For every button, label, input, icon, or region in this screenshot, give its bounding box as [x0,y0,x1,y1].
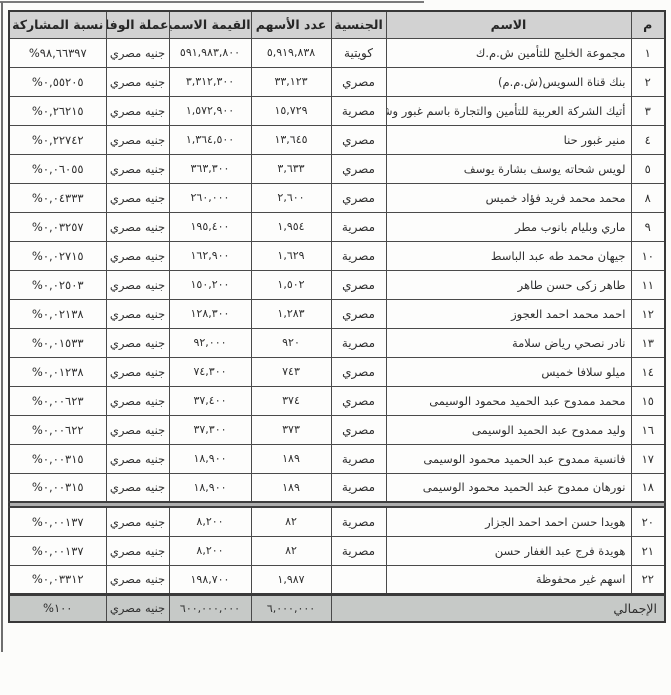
cell-currency: جنيه مصري [106,444,169,473]
cell-participation-pct: %٠,٠٠٦٢٢ [9,415,106,444]
cell-share-count: ٩٢٠ [251,328,331,357]
table-row: ١٧فانسية ممدوح عبد الحميد محمود الوسيمىم… [9,444,665,473]
cell-name: محمد محمد فريد فؤاد خميس [386,183,631,212]
cell-nominal-value: ١,٣٦٤,٥٠٠ [169,125,251,154]
cell-nationality: مصري [331,270,386,299]
cell-nationality: مصرية [331,473,386,502]
table-header-row: م الاسم الجنسية عدد الأسهم القيمة الاسمي… [9,11,665,38]
cell-nationality: مصرية [331,507,386,536]
cell-nationality: مصرية [331,444,386,473]
cell-currency: جنيه مصري [106,241,169,270]
cell-nationality: مصري [331,154,386,183]
cell-serial: ٩ [631,212,665,241]
cell-serial: ١١ [631,270,665,299]
cell-currency: جنيه مصري [106,183,169,212]
cell-currency: جنيه مصري [106,565,169,594]
cell-nationality: مصري [331,415,386,444]
cell-serial: ٥ [631,154,665,183]
cell-participation-pct: %٠,٠٤٣٣٣ [9,183,106,212]
cell-currency: جنيه مصري [106,67,169,96]
cell-nationality: مصري [331,125,386,154]
cell-name: محمد ممدوح عبد الحميد محمود الوسيمى [386,386,631,415]
cell-name: ماري وبليام بانوب مطر [386,212,631,241]
cell-share-count: ١,٩٨٧ [251,565,331,594]
table-row: ١٢احمد محمد احمد العجوزمصري١,٢٨٣١٢٨,٣٠٠ج… [9,299,665,328]
cell-share-count: ١,٦٢٩ [251,241,331,270]
cell-nationality: كويتية [331,38,386,67]
total-participation: %١٠٠ [9,594,106,622]
cell-serial: ١٢ [631,299,665,328]
cell-name: منير غبور حنا [386,125,631,154]
cell-nationality: مصري [331,386,386,415]
header-name: الاسم [386,11,631,38]
cell-nominal-value: ١٢٨,٣٠٠ [169,299,251,328]
cell-currency: جنيه مصري [106,415,169,444]
cell-nationality [331,565,386,594]
table-row: ٢٢اسهم غير محفوظة١,٩٨٧١٩٨,٧٠٠جنيه مصري%٠… [9,565,665,594]
cell-currency: جنيه مصري [106,212,169,241]
cell-nationality: مصرية [331,328,386,357]
cell-currency: جنيه مصري [106,154,169,183]
table-row: ١٣نادر نصحي رياض سلامةمصرية٩٢٠٩٢,٠٠٠جنيه… [9,328,665,357]
cell-share-count: ١,٥٠٢ [251,270,331,299]
cell-serial: ١٧ [631,444,665,473]
cell-nationality: مصري [331,67,386,96]
cell-share-count: ١,٩٥٤ [251,212,331,241]
cell-share-count: ٣,٦٣٣ [251,154,331,183]
cell-participation-pct: %٠,٠٦٠٥٥ [9,154,106,183]
cell-share-count: ٣٧٤ [251,386,331,415]
header-nationality: الجنسية [331,11,386,38]
cell-serial: ١٦ [631,415,665,444]
cell-participation-pct: %٠,٠٣٢٥٧ [9,212,106,241]
cell-serial: ٤ [631,125,665,154]
cell-name: احمد محمد احمد العجوز [386,299,631,328]
cell-serial: ١٤ [631,357,665,386]
cell-nominal-value: ٥٩١,٩٨٣,٨٠٠ [169,38,251,67]
cell-name: اسهم غير محفوظة [386,565,631,594]
table-row: ١مجموعة الخليج للتأمين ش.م.ككويتية٥,٩١٩,… [9,38,665,67]
header-payment-currency: عملة الوفاء [106,11,169,38]
cell-name: فانسية ممدوح عبد الحميد محمود الوسيمى [386,444,631,473]
cell-nominal-value: ٢٦٠,٠٠٠ [169,183,251,212]
cell-serial: ٣ [631,96,665,125]
cell-serial: ١٣ [631,328,665,357]
cell-nominal-value: ٧٤,٣٠٠ [169,357,251,386]
cell-name: وليد ممدوح عبد الحميد الوسيمى [386,415,631,444]
cell-serial: ٢١ [631,536,665,565]
table-row: ١٠جيهان محمد طه عبد الباسطمصرية١,٦٢٩١٦٢,… [9,241,665,270]
cell-participation-pct: %٠,٠٢٥٠٣ [9,270,106,299]
cell-participation-pct: %٠,٠١٢٣٨ [9,357,106,386]
cell-currency: جنيه مصري [106,299,169,328]
cell-nominal-value: ٨,٢٠٠ [169,536,251,565]
cell-name: ميلو سلافا خميس [386,357,631,386]
cell-name: نادر نصحي رياض سلامة [386,328,631,357]
total-nominal-value: ٦٠٠,٠٠٠,٠٠٠ [169,594,251,622]
cell-participation-pct: %٠,٠٠٦٢٣ [9,386,106,415]
cell-nominal-value: ١٩٨,٧٠٠ [169,565,251,594]
cell-name: طاهر زكى حسن طاهر [386,270,631,299]
cell-nominal-value: ١٩٥,٤٠٠ [169,212,251,241]
header-nominal-value: القيمة الاسمية [169,11,251,38]
total-currency: جنيه مصري [106,594,169,622]
cell-nationality: مصرية [331,96,386,125]
cell-currency: جنيه مصري [106,38,169,67]
table-row: ٢١هويدة فرج عبد الغفار حسنمصرية٨٢٨,٢٠٠جن… [9,536,665,565]
table-row: ١٨نورهان ممدوح عبد الحميد محمود الوسيمىم… [9,473,665,502]
cell-nominal-value: ١٥٠,٢٠٠ [169,270,251,299]
cell-share-count: ٨٢ [251,507,331,536]
table-row: ١٥محمد ممدوح عبد الحميد محمود الوسيمىمصر… [9,386,665,415]
cell-share-count: ١٥,٧٢٩ [251,96,331,125]
table-row: ٣أتيك الشركة العربية للتأمين والتجارة با… [9,96,665,125]
cell-serial: ٨ [631,183,665,212]
cell-share-count: ٣٧٣ [251,415,331,444]
cell-nominal-value: ٣٦٣,٣٠٠ [169,154,251,183]
cell-nominal-value: ٣٧,٤٠٠ [169,386,251,415]
cell-serial: ٢ [631,67,665,96]
cell-serial: ٢٠ [631,507,665,536]
cell-nominal-value: ٨,٢٠٠ [169,507,251,536]
cell-participation-pct: %٠,٠١٥٣٣ [9,328,106,357]
cell-participation-pct: %٩٨,٦٦٣٩٧ [9,38,106,67]
cell-participation-pct: %٠,٠٢٧١٥ [9,241,106,270]
cell-participation-pct: %٠,٢٦٢١٥ [9,96,106,125]
cell-name: بنك قناة السويس(ش.م.م) [386,67,631,96]
cell-nominal-value: ١٦٢,٩٠٠ [169,241,251,270]
cell-serial: ١٨ [631,473,665,502]
scan-edge-top-artifact [0,1,424,3]
cell-participation-pct: %٠,٠٢١٣٨ [9,299,106,328]
table-row: ٩ماري وبليام بانوب مطرمصرية١,٩٥٤١٩٥,٤٠٠ج… [9,212,665,241]
cell-currency: جنيه مصري [106,386,169,415]
cell-participation-pct: %٠,٠٣٣١٢ [9,565,106,594]
cell-currency: جنيه مصري [106,536,169,565]
total-row: الإجمالي ٦,٠٠٠,٠٠٠ ٦٠٠,٠٠٠,٠٠٠ جنيه مصري… [9,594,665,622]
cell-serial: ١ [631,38,665,67]
scanned-page: م الاسم الجنسية عدد الأسهم القيمة الاسمي… [0,0,671,695]
cell-nominal-value: ١٨,٩٠٠ [169,473,251,502]
cell-serial: ١٠ [631,241,665,270]
cell-share-count: ٥,٩١٩,٨٣٨ [251,38,331,67]
cell-name: جيهان محمد طه عبد الباسط [386,241,631,270]
header-participation-pct: نسبة المشاركة [9,11,106,38]
cell-name: لويس شحاته يوسف بشارة يوسف [386,154,631,183]
table-row: ٢٠هويدا حسن احمد احمد الجزارمصرية٨٢٨,٢٠٠… [9,507,665,536]
cell-name: نورهان ممدوح عبد الحميد محمود الوسيمى [386,473,631,502]
shareholders-table: م الاسم الجنسية عدد الأسهم القيمة الاسمي… [8,10,666,623]
cell-participation-pct: %٠,٠٠١٣٧ [9,507,106,536]
cell-currency: جنيه مصري [106,125,169,154]
cell-share-count: ١٨٩ [251,444,331,473]
cell-nominal-value: ١,٥٧٢,٩٠٠ [169,96,251,125]
cell-currency: جنيه مصري [106,96,169,125]
cell-nominal-value: ٣٧,٣٠٠ [169,415,251,444]
table-row: ١٤ميلو سلافا خميسمصري٧٤٣٧٤,٣٠٠جنيه مصري%… [9,357,665,386]
cell-participation-pct: %٠,٠٠٣١٥ [9,473,106,502]
table-row: ٤منير غبور حنامصري١٣,٦٤٥١,٣٦٤,٥٠٠جنيه مص… [9,125,665,154]
cell-currency: جنيه مصري [106,270,169,299]
table-row: ١٦وليد ممدوح عبد الحميد الوسيمىمصري٣٧٣٣٧… [9,415,665,444]
cell-currency: جنيه مصري [106,357,169,386]
cell-name: هويدا حسن احمد احمد الجزار [386,507,631,536]
cell-nominal-value: ١٨,٩٠٠ [169,444,251,473]
cell-name: أتيك الشركة العربية للتأمين والتجارة باس… [386,96,631,125]
cell-nominal-value: ٩٢,٠٠٠ [169,328,251,357]
cell-serial: ١٥ [631,386,665,415]
cell-currency: جنيه مصري [106,328,169,357]
cell-nominal-value: ٣,٣١٢,٣٠٠ [169,67,251,96]
header-serial: م [631,11,665,38]
header-share-count: عدد الأسهم [251,11,331,38]
cell-nationality: مصري [331,183,386,212]
scan-edge-left-artifact [1,2,3,652]
cell-nationality: مصرية [331,536,386,565]
cell-share-count: ١٨٩ [251,473,331,502]
cell-name: مجموعة الخليج للتأمين ش.م.ك [386,38,631,67]
table-row: ٢بنك قناة السويس(ش.م.م)مصري٣٣,١٢٣٣,٣١٢,٣… [9,67,665,96]
cell-share-count: ٢,٦٠٠ [251,183,331,212]
cell-nationality: مصري [331,299,386,328]
total-label: الإجمالي [331,594,665,622]
cell-share-count: ٨٢ [251,536,331,565]
cell-participation-pct: %٠,٠٠١٣٧ [9,536,106,565]
cell-nationality: مصرية [331,241,386,270]
cell-serial: ٢٢ [631,565,665,594]
cell-share-count: ١٣,٦٤٥ [251,125,331,154]
cell-participation-pct: %٠,٥٥٢٠٥ [9,67,106,96]
table-row: ٨محمد محمد فريد فؤاد خميسمصري٢,٦٠٠٢٦٠,٠٠… [9,183,665,212]
table-row: ٥لويس شحاته يوسف بشارة يوسفمصري٣,٦٣٣٣٦٣,… [9,154,665,183]
cell-nationality: مصرية [331,212,386,241]
cell-share-count: ١,٢٨٣ [251,299,331,328]
cell-participation-pct: %٠,٢٢٧٤٢ [9,125,106,154]
cell-share-count: ٣٣,١٢٣ [251,67,331,96]
total-share-count: ٦,٠٠٠,٠٠٠ [251,594,331,622]
cell-name: هويدة فرج عبد الغفار حسن [386,536,631,565]
cell-currency: جنيه مصري [106,473,169,502]
table-row: ١١طاهر زكى حسن طاهرمصري١,٥٠٢١٥٠,٢٠٠جنيه … [9,270,665,299]
cell-participation-pct: %٠,٠٠٣١٥ [9,444,106,473]
cell-share-count: ٧٤٣ [251,357,331,386]
cell-currency: جنيه مصري [106,507,169,536]
cell-nationality: مصري [331,357,386,386]
